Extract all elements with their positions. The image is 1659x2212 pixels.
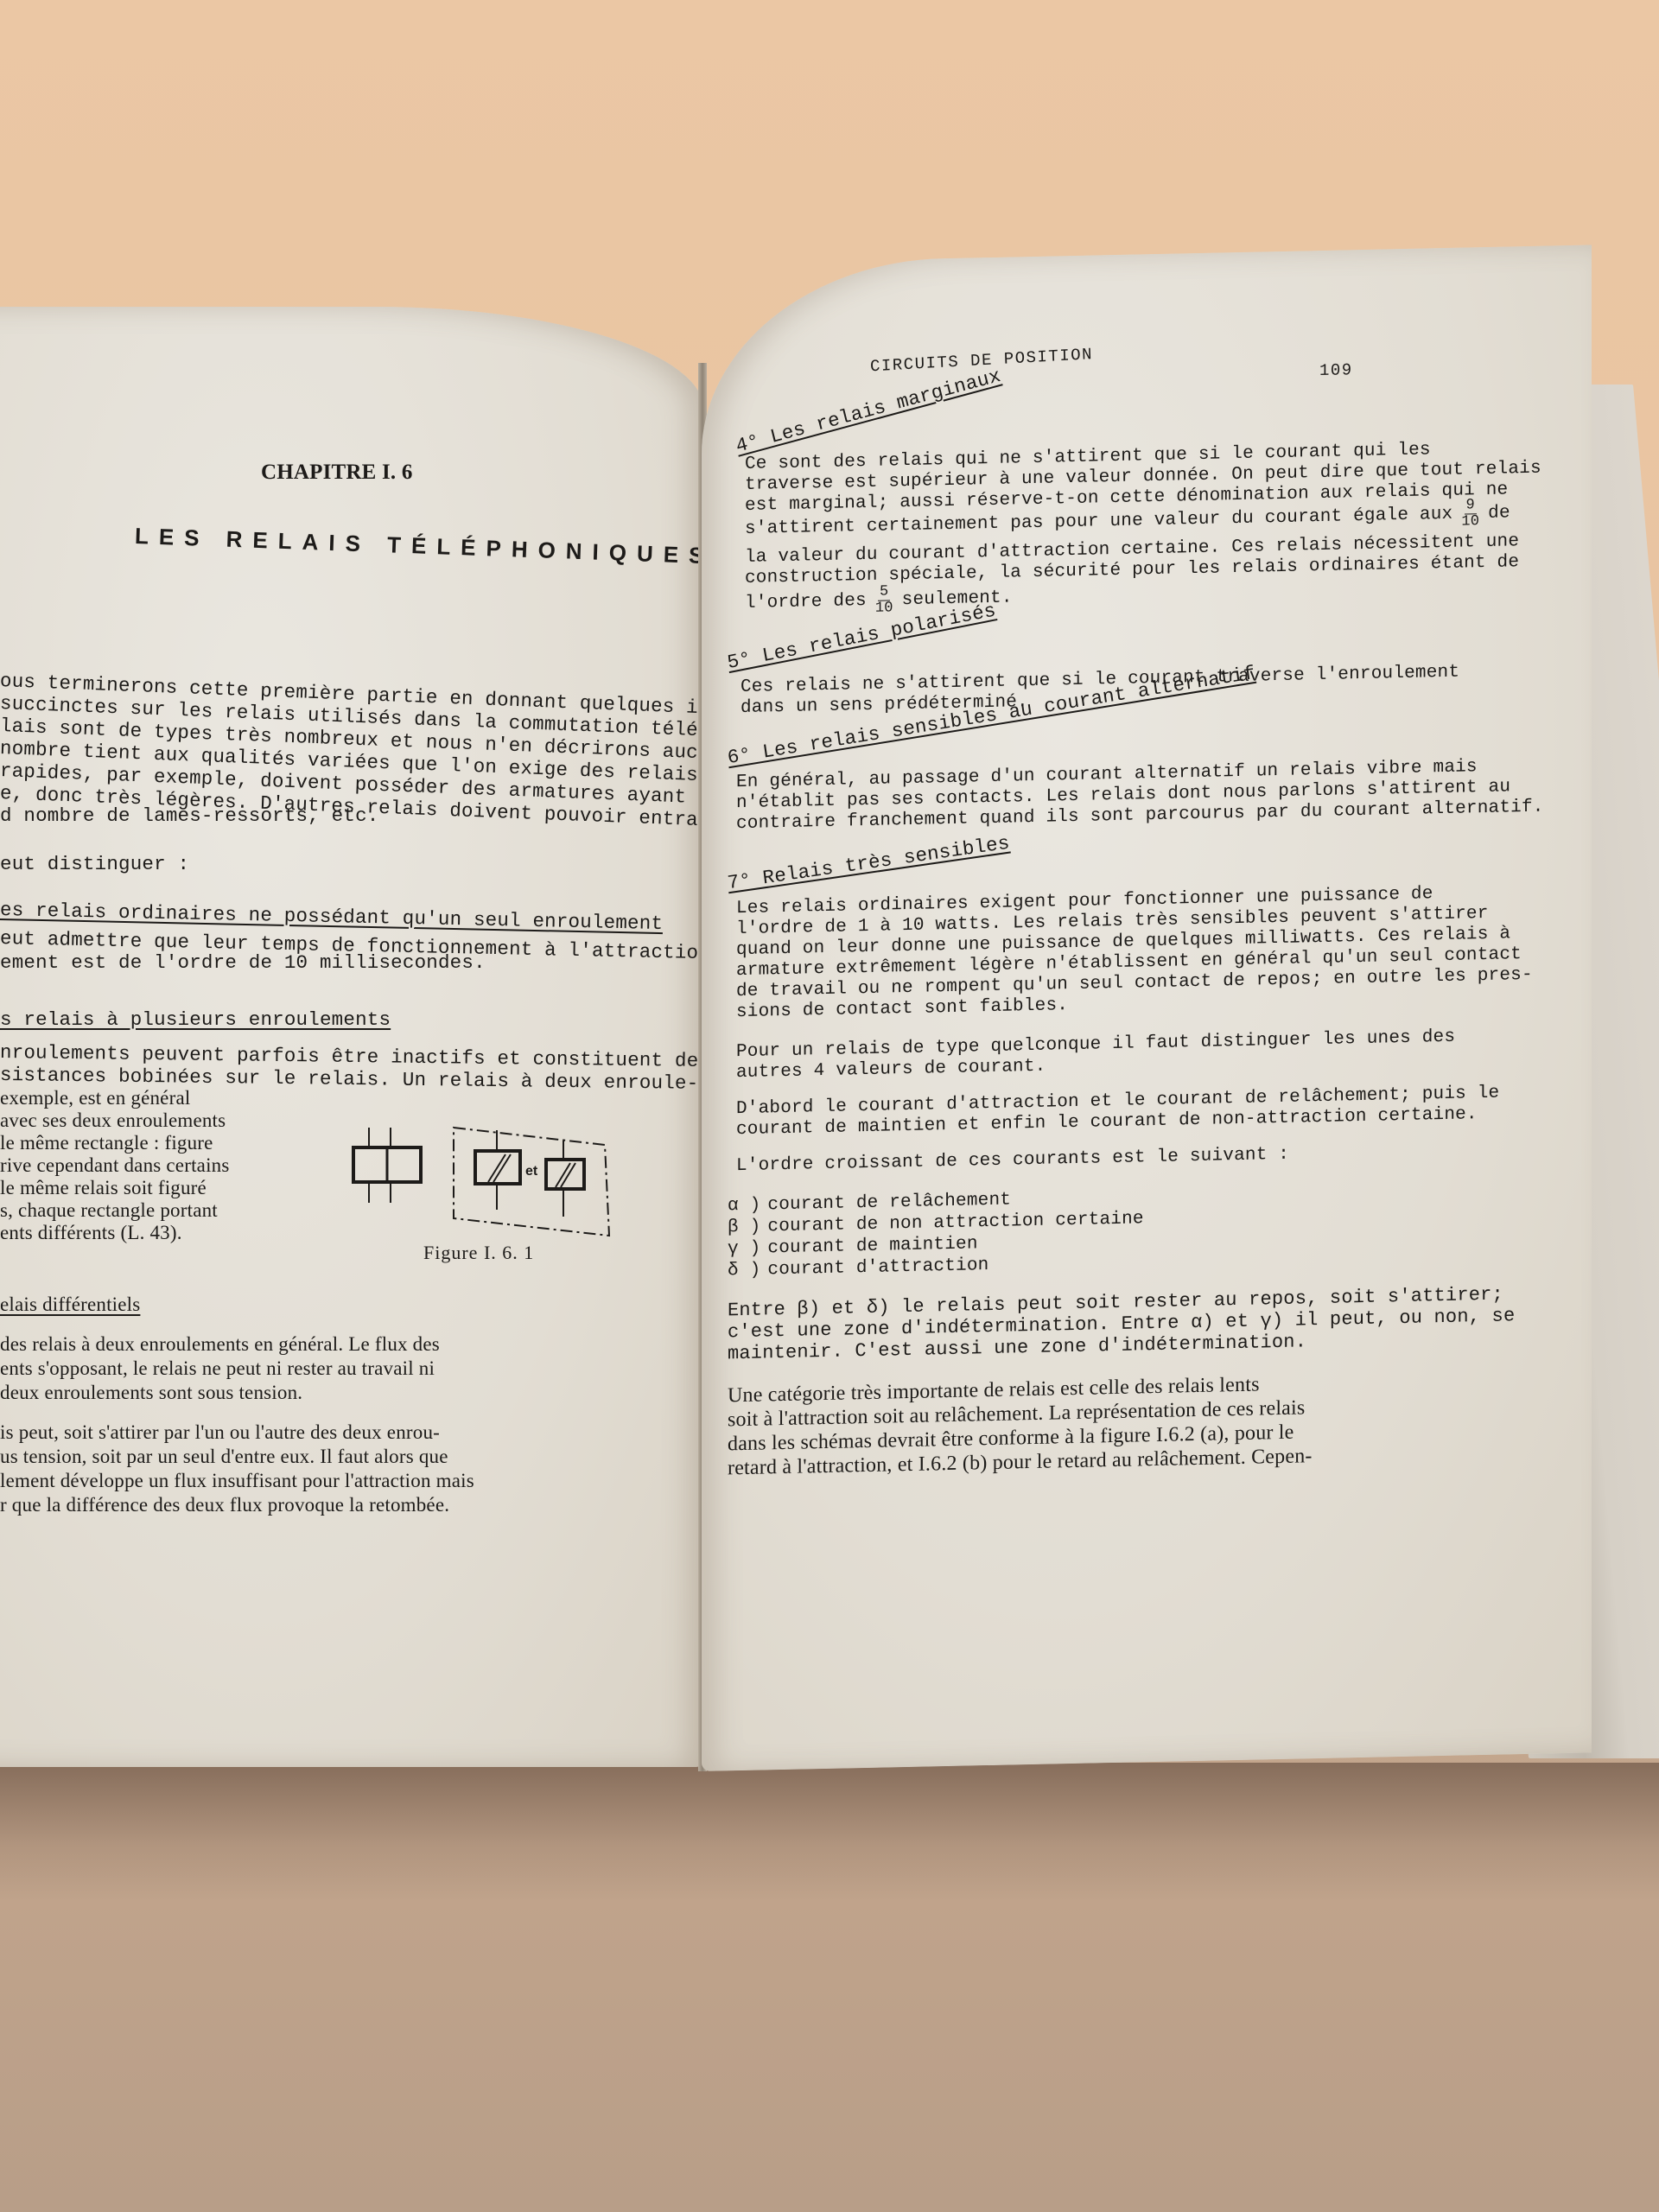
figure-relay-symbols: et <box>346 1123 674 1253</box>
body-line: ents s'opposant, le relais ne peut ni re… <box>0 1357 435 1380</box>
body-line: us tension, soit par un seul d'entre eux… <box>0 1446 448 1468</box>
current-order-list: α ) courant de relâchement β ) courant d… <box>728 1187 1144 1282</box>
section-heading: 4° Les relais marginaux <box>734 365 1003 458</box>
body-line: lement développe un flux insuffisant pou… <box>0 1470 474 1492</box>
book-shadow <box>0 1763 1659 1901</box>
body-line: avec ses deux enroulements <box>0 1109 226 1132</box>
relay-symbol-diagram: et <box>346 1123 674 1253</box>
body-line: des relais à deux enroulements en généra… <box>0 1333 440 1356</box>
figure-caption: Figure I. 6. 1 <box>423 1242 534 1264</box>
section-heading: 7° Relais très sensibles <box>726 832 1011 895</box>
body-line: Pour un relais de type quelconque il fau… <box>736 1027 1455 1062</box>
page-number: 109 <box>1319 360 1353 380</box>
fraction-nine-tenths: 9 10 <box>1461 498 1479 530</box>
right-page: CIRCUITS DE POSITION 109 4° Les relais m… <box>702 245 1592 1771</box>
section-heading: s relais à plusieurs enroulements <box>0 1008 391 1031</box>
chapter-label: CHAPITRE I. 6 <box>261 461 413 485</box>
body-line: ents différents (L. 43). <box>0 1222 182 1244</box>
body-line: is peut, soit s'attirer par l'un ou l'au… <box>0 1421 440 1444</box>
intro-line: d nombre de lames-ressorts, etc. <box>0 804 378 827</box>
lead-in: eut distinguer : <box>0 853 189 875</box>
body-line: L'ordre croissant de ces courants est le… <box>736 1145 1289 1176</box>
body-line: exemple, est en général <box>0 1087 190 1109</box>
fraction-five-tenths: 5 10 <box>875 584 893 616</box>
figure-connector: et <box>525 1164 538 1179</box>
body-line: s, chaque rectangle portant <box>0 1199 218 1222</box>
left-page: CHAPITRE I. 6 LES RELAIS TÉLÉPHONIQUES o… <box>0 307 704 1767</box>
body-line: deux enroulements sont sous tension. <box>0 1382 302 1404</box>
body-line: ement est de l'ordre de 10 millisecondes… <box>0 951 486 974</box>
body-line: r que la différence des deux flux provoq… <box>0 1494 449 1516</box>
body-line: rive cependant dans certains <box>0 1154 230 1177</box>
section-heading: elais différentiels <box>0 1294 140 1316</box>
body-line: le même relais soit figuré <box>0 1177 207 1199</box>
chapter-title: LES RELAIS TÉLÉPHONIQUES <box>134 523 704 569</box>
body-line: le même rectangle : figure <box>0 1132 213 1154</box>
